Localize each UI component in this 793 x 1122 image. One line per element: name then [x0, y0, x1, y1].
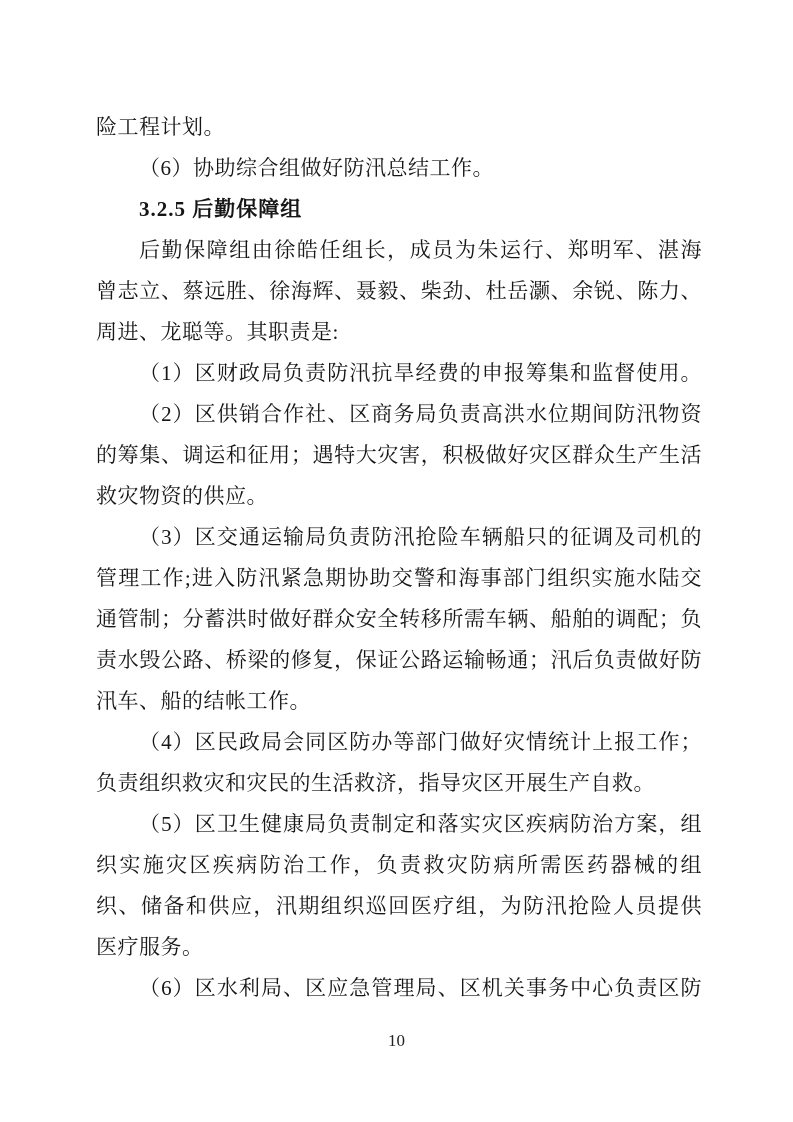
text-line: （6）协助综合组做好防汛总结工作。 — [96, 148, 702, 189]
document-page: 险工程计划。（6）协助综合组做好防汛总结工作。3.2.5 后勤保障组后勤保障组由… — [0, 0, 793, 1122]
text-line: （5）区卫生健康局负责制定和落实灾区疾病防治方案，组 — [96, 804, 702, 845]
text-line: 汛车、船的结帐工作。 — [96, 681, 702, 722]
text-line: 救灾物资的供应。 — [96, 476, 702, 517]
text-line: （4）区民政局会同区防办等部门做好灾情统计上报工作； — [96, 722, 702, 763]
text-line: 管理工作;进入防汛紧急期协助交警和海事部门组织实施水陆交 — [96, 558, 702, 599]
text-line: 通管制；分蓄洪时做好群众安全转移所需车辆、船舶的调配；负 — [96, 599, 702, 640]
text-line: 险工程计划。 — [96, 107, 702, 148]
text-line: （6）区水利局、区应急管理局、区机关事务中心负责区防 — [96, 968, 702, 1009]
text-line: 的筹集、调运和征用；遇特大灾害，积极做好灾区群众生产生活 — [96, 435, 702, 476]
text-line: 责水毁公路、桥梁的修复，保证公路运输畅通；汛后负责做好防 — [96, 640, 702, 681]
text-line: 曾志立、蔡远胜、徐海辉、聂毅、柴劲、杜岳灏、余锐、陈力、 — [96, 271, 702, 312]
section-heading: 3.2.5 后勤保障组 — [96, 189, 702, 230]
text-line: （2）区供销合作社、区商务局负责高洪水位期间防汛物资 — [96, 394, 702, 435]
text-line: 织、储备和供应，汛期组织巡回医疗组，为防汛抢险人员提供 — [96, 886, 702, 927]
text-line: 医疗服务。 — [96, 927, 702, 968]
document-body: 险工程计划。（6）协助综合组做好防汛总结工作。3.2.5 后勤保障组后勤保障组由… — [96, 107, 702, 1009]
text-line: 织实施灾区疾病防治工作，负责救灾防病所需医药器械的组 — [96, 845, 702, 886]
text-line: 负责组织救灾和灾民的生活救济，指导灾区开展生产自救。 — [96, 763, 702, 804]
text-line: （3）区交通运输局负责防汛抢险车辆船只的征调及司机的 — [96, 517, 702, 558]
text-line: 周进、龙聪等。其职责是: — [96, 312, 702, 353]
page-number: 10 — [0, 1031, 793, 1051]
text-line: 后勤保障组由徐皓任组长，成员为朱运行、郑明军、湛海清、 — [96, 230, 702, 271]
text-line: （1）区财政局负责防汛抗旱经费的申报筹集和监督使用。 — [96, 353, 702, 394]
